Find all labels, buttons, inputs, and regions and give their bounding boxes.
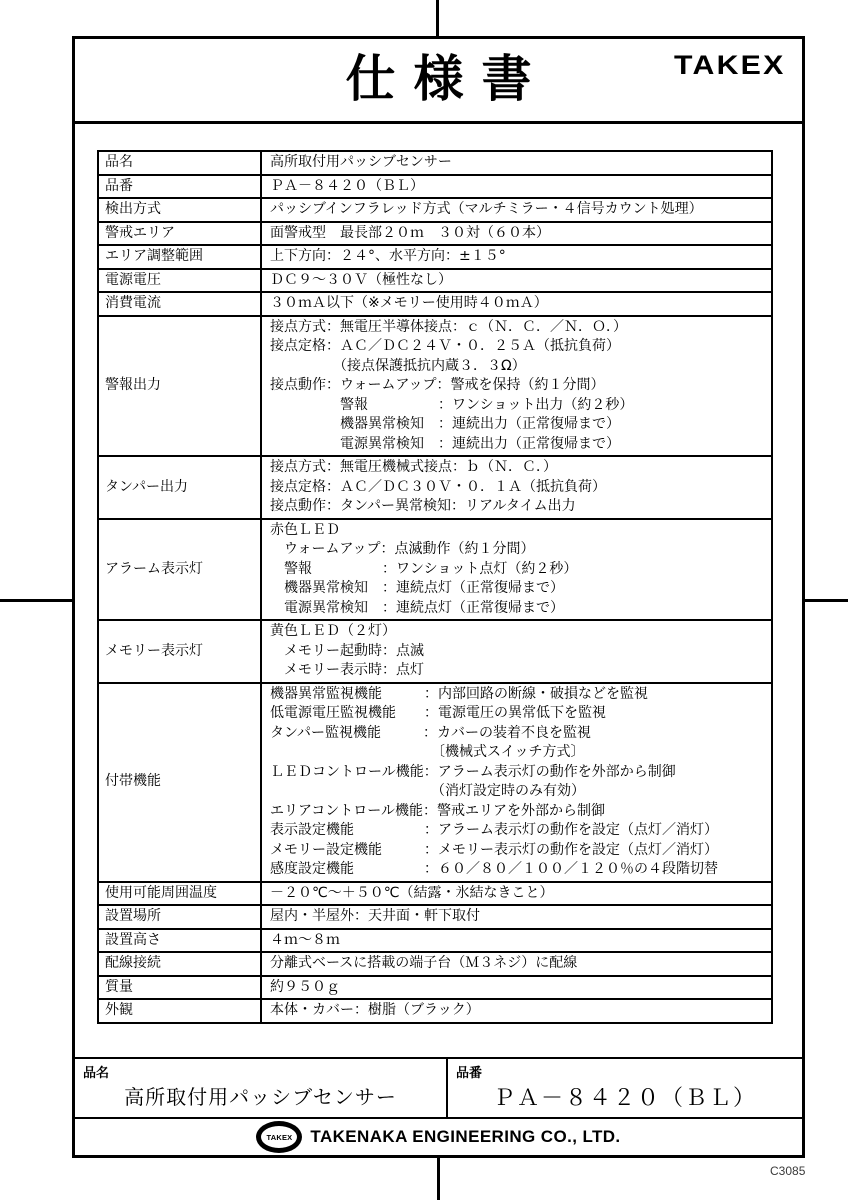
spec-value: ＰＡ－８４２０（ＢＬ） — [262, 176, 771, 198]
spec-row-installation-place: 設置場所 屋内・半屋外：天井面・軒下取付 — [99, 906, 771, 930]
spec-value: ３０ｍＡ以下（※メモリー使用時４０ｍＡ） — [262, 293, 771, 315]
spec-value: 接点方式：無電圧半導体接点：ｃ（Ｎ．Ｃ．／Ｎ．Ｏ．） 接点定格：ＡＣ／ＤＣ２４Ｖ… — [262, 317, 771, 456]
spec-label: 消費電流 — [99, 293, 262, 315]
spec-value: 接点方式：無電圧機械式接点：ｂ（Ｎ．Ｃ．） 接点定格：ＡＣ／ＤＣ３０Ｖ・０．１Ａ… — [262, 457, 771, 518]
spec-row-installation-height: 設置高さ ４ｍ～８ｍ — [99, 930, 771, 954]
spec-row-wiring-connection: 配線接続 分離式ベースに搭載の端子台（Ｍ３ネジ）に配線 — [99, 953, 771, 977]
company-footer: TAKEX TAKENAKA ENGINEERING CO., LTD. — [75, 1119, 802, 1155]
spec-row-memory-indicator: メモリー表示灯 黄色ＬＥＤ（２灯） メモリー起動時：点滅 メモリー表示時：点灯 — [99, 621, 771, 684]
crop-mark-left — [0, 599, 73, 602]
spec-value: 約９５０ｇ — [262, 977, 771, 999]
model-number-cell: 品番 ＰＡ－８４２０（ＢＬ） — [448, 1059, 802, 1117]
spec-label: タンパー出力 — [99, 457, 262, 518]
spec-row-power-voltage: 電源電圧 ＤＣ９～３０Ｖ（極性なし） — [99, 270, 771, 294]
spec-label: 質量 — [99, 977, 262, 999]
spec-label: 警戒エリア — [99, 223, 262, 245]
crop-mark-top — [436, 0, 439, 37]
spec-label: 配線接続 — [99, 953, 262, 975]
spec-label: 品番 — [99, 176, 262, 198]
spec-label: 使用可能周囲温度 — [99, 883, 262, 905]
spec-value: 面警戒型 最長部２０ｍ ３０対（６０本） — [262, 223, 771, 245]
spec-row-alarm-output: 警報出力 接点方式：無電圧半導体接点：ｃ（Ｎ．Ｃ．／Ｎ．Ｏ．） 接点定格：ＡＣ／… — [99, 317, 771, 458]
takex-oval-icon: TAKEX — [256, 1121, 302, 1153]
spec-row-model-number: 品番 ＰＡ－８４２０（ＢＬ） — [99, 176, 771, 200]
spec-value: 黄色ＬＥＤ（２灯） メモリー起動時：点滅 メモリー表示時：点灯 — [262, 621, 771, 682]
spec-table: 品名 高所取付用パッシブセンサー 品番 ＰＡ－８４２０（ＢＬ） 検出方式 パッシ… — [97, 150, 773, 1024]
spec-label: 検出方式 — [99, 199, 262, 221]
spec-label: エリア調整範囲 — [99, 246, 262, 268]
spec-value: 機器異常監視機能 ：内部回路の断線・破損などを監視 低電源電圧監視機能 ：電源電… — [262, 684, 771, 881]
spec-label: 外観 — [99, 1000, 262, 1022]
spec-label: メモリー表示灯 — [99, 621, 262, 682]
model-number-label: 品番 — [456, 1062, 482, 1081]
spec-sheet-page: 仕様書 TAKEX 品名 高所取付用パッシブセンサー 品番 ＰＡ－８４２０（ＢＬ… — [0, 0, 848, 1200]
spec-value: ４ｍ～８ｍ — [262, 930, 771, 952]
product-name-cell: 品名 高所取付用パッシブセンサー — [75, 1059, 448, 1117]
spec-value: ＤＣ９～３０Ｖ（極性なし） — [262, 270, 771, 292]
spec-row-detection-method: 検出方式 パッシブインフラレッド方式（マルチミラー・４信号カウント処理） — [99, 199, 771, 223]
spec-row-current-consumption: 消費電流 ３０ｍＡ以下（※メモリー使用時４０ｍＡ） — [99, 293, 771, 317]
spec-value: 上下方向：２４°、水平方向：±１５° — [262, 246, 771, 268]
spec-row-operating-temperature: 使用可能周囲温度 －２０℃～＋５０℃（結露・氷結なきこと） — [99, 883, 771, 907]
corner-code: C3085 — [770, 1164, 805, 1178]
spec-row-weight: 質量 約９５０ｇ — [99, 977, 771, 1001]
spec-row-product-name: 品名 高所取付用パッシブセンサー — [99, 152, 771, 176]
spec-label: 設置高さ — [99, 930, 262, 952]
spec-label: 設置場所 — [99, 906, 262, 928]
document-frame: 仕様書 TAKEX 品名 高所取付用パッシブセンサー 品番 ＰＡ－８４２０（ＢＬ… — [72, 36, 805, 1158]
takex-logo: TAKEX — [675, 50, 786, 81]
spec-row-alarm-indicator: アラーム表示灯 赤色ＬＥＤ ウォームアップ：点滅動作（約１分間） 警報 ：ワンシ… — [99, 520, 771, 622]
product-name-value: 高所取付用パッシブセンサー — [75, 1081, 446, 1110]
crop-mark-right — [805, 599, 848, 602]
spec-row-detection-area: 警戒エリア 面警戒型 最長部２０ｍ ３０対（６０本） — [99, 223, 771, 247]
spec-value: 本体・カバー：樹脂（ブラック） — [262, 1000, 771, 1022]
spec-label: 品名 — [99, 152, 262, 174]
spec-label: 電源電圧 — [99, 270, 262, 292]
bottom-title-block: 品名 高所取付用パッシブセンサー 品番 ＰＡ－８４２０（ＢＬ） — [75, 1057, 802, 1119]
spec-row-area-adjust-range: エリア調整範囲 上下方向：２４°、水平方向：±１５° — [99, 246, 771, 270]
takex-oval-text: TAKEX — [266, 1133, 292, 1142]
spec-value: －２０℃～＋５０℃（結露・氷結なきこと） — [262, 883, 771, 905]
spec-label: 警報出力 — [99, 317, 262, 456]
spec-row-tamper-output: タンパー出力 接点方式：無電圧機械式接点：ｂ（Ｎ．Ｃ．） 接点定格：ＡＣ／ＤＣ３… — [99, 457, 771, 520]
model-number-value: ＰＡ－８４２０（ＢＬ） — [448, 1081, 802, 1112]
spec-label: アラーム表示灯 — [99, 520, 262, 620]
spec-row-appearance: 外観 本体・カバー：樹脂（ブラック） — [99, 1000, 771, 1022]
spec-value: 赤色ＬＥＤ ウォームアップ：点滅動作（約１分間） 警報 ：ワンショット点灯（約２… — [262, 520, 771, 620]
spec-row-auxiliary-functions: 付帯機能 機器異常監視機能 ：内部回路の断線・破損などを監視 低電源電圧監視機能… — [99, 684, 771, 883]
spec-value: パッシブインフラレッド方式（マルチミラー・４信号カウント処理） — [262, 199, 771, 221]
product-name-label: 品名 — [83, 1062, 109, 1081]
spec-value: 高所取付用パッシブセンサー — [262, 152, 771, 174]
spec-label: 付帯機能 — [99, 684, 262, 881]
document-header: 仕様書 TAKEX — [75, 39, 802, 124]
spec-value: 分離式ベースに搭載の端子台（Ｍ３ネジ）に配線 — [262, 953, 771, 975]
crop-mark-bottom — [437, 1157, 440, 1200]
spec-value: 屋内・半屋外：天井面・軒下取付 — [262, 906, 771, 928]
company-name: TAKENAKA ENGINEERING CO., LTD. — [310, 1127, 620, 1147]
